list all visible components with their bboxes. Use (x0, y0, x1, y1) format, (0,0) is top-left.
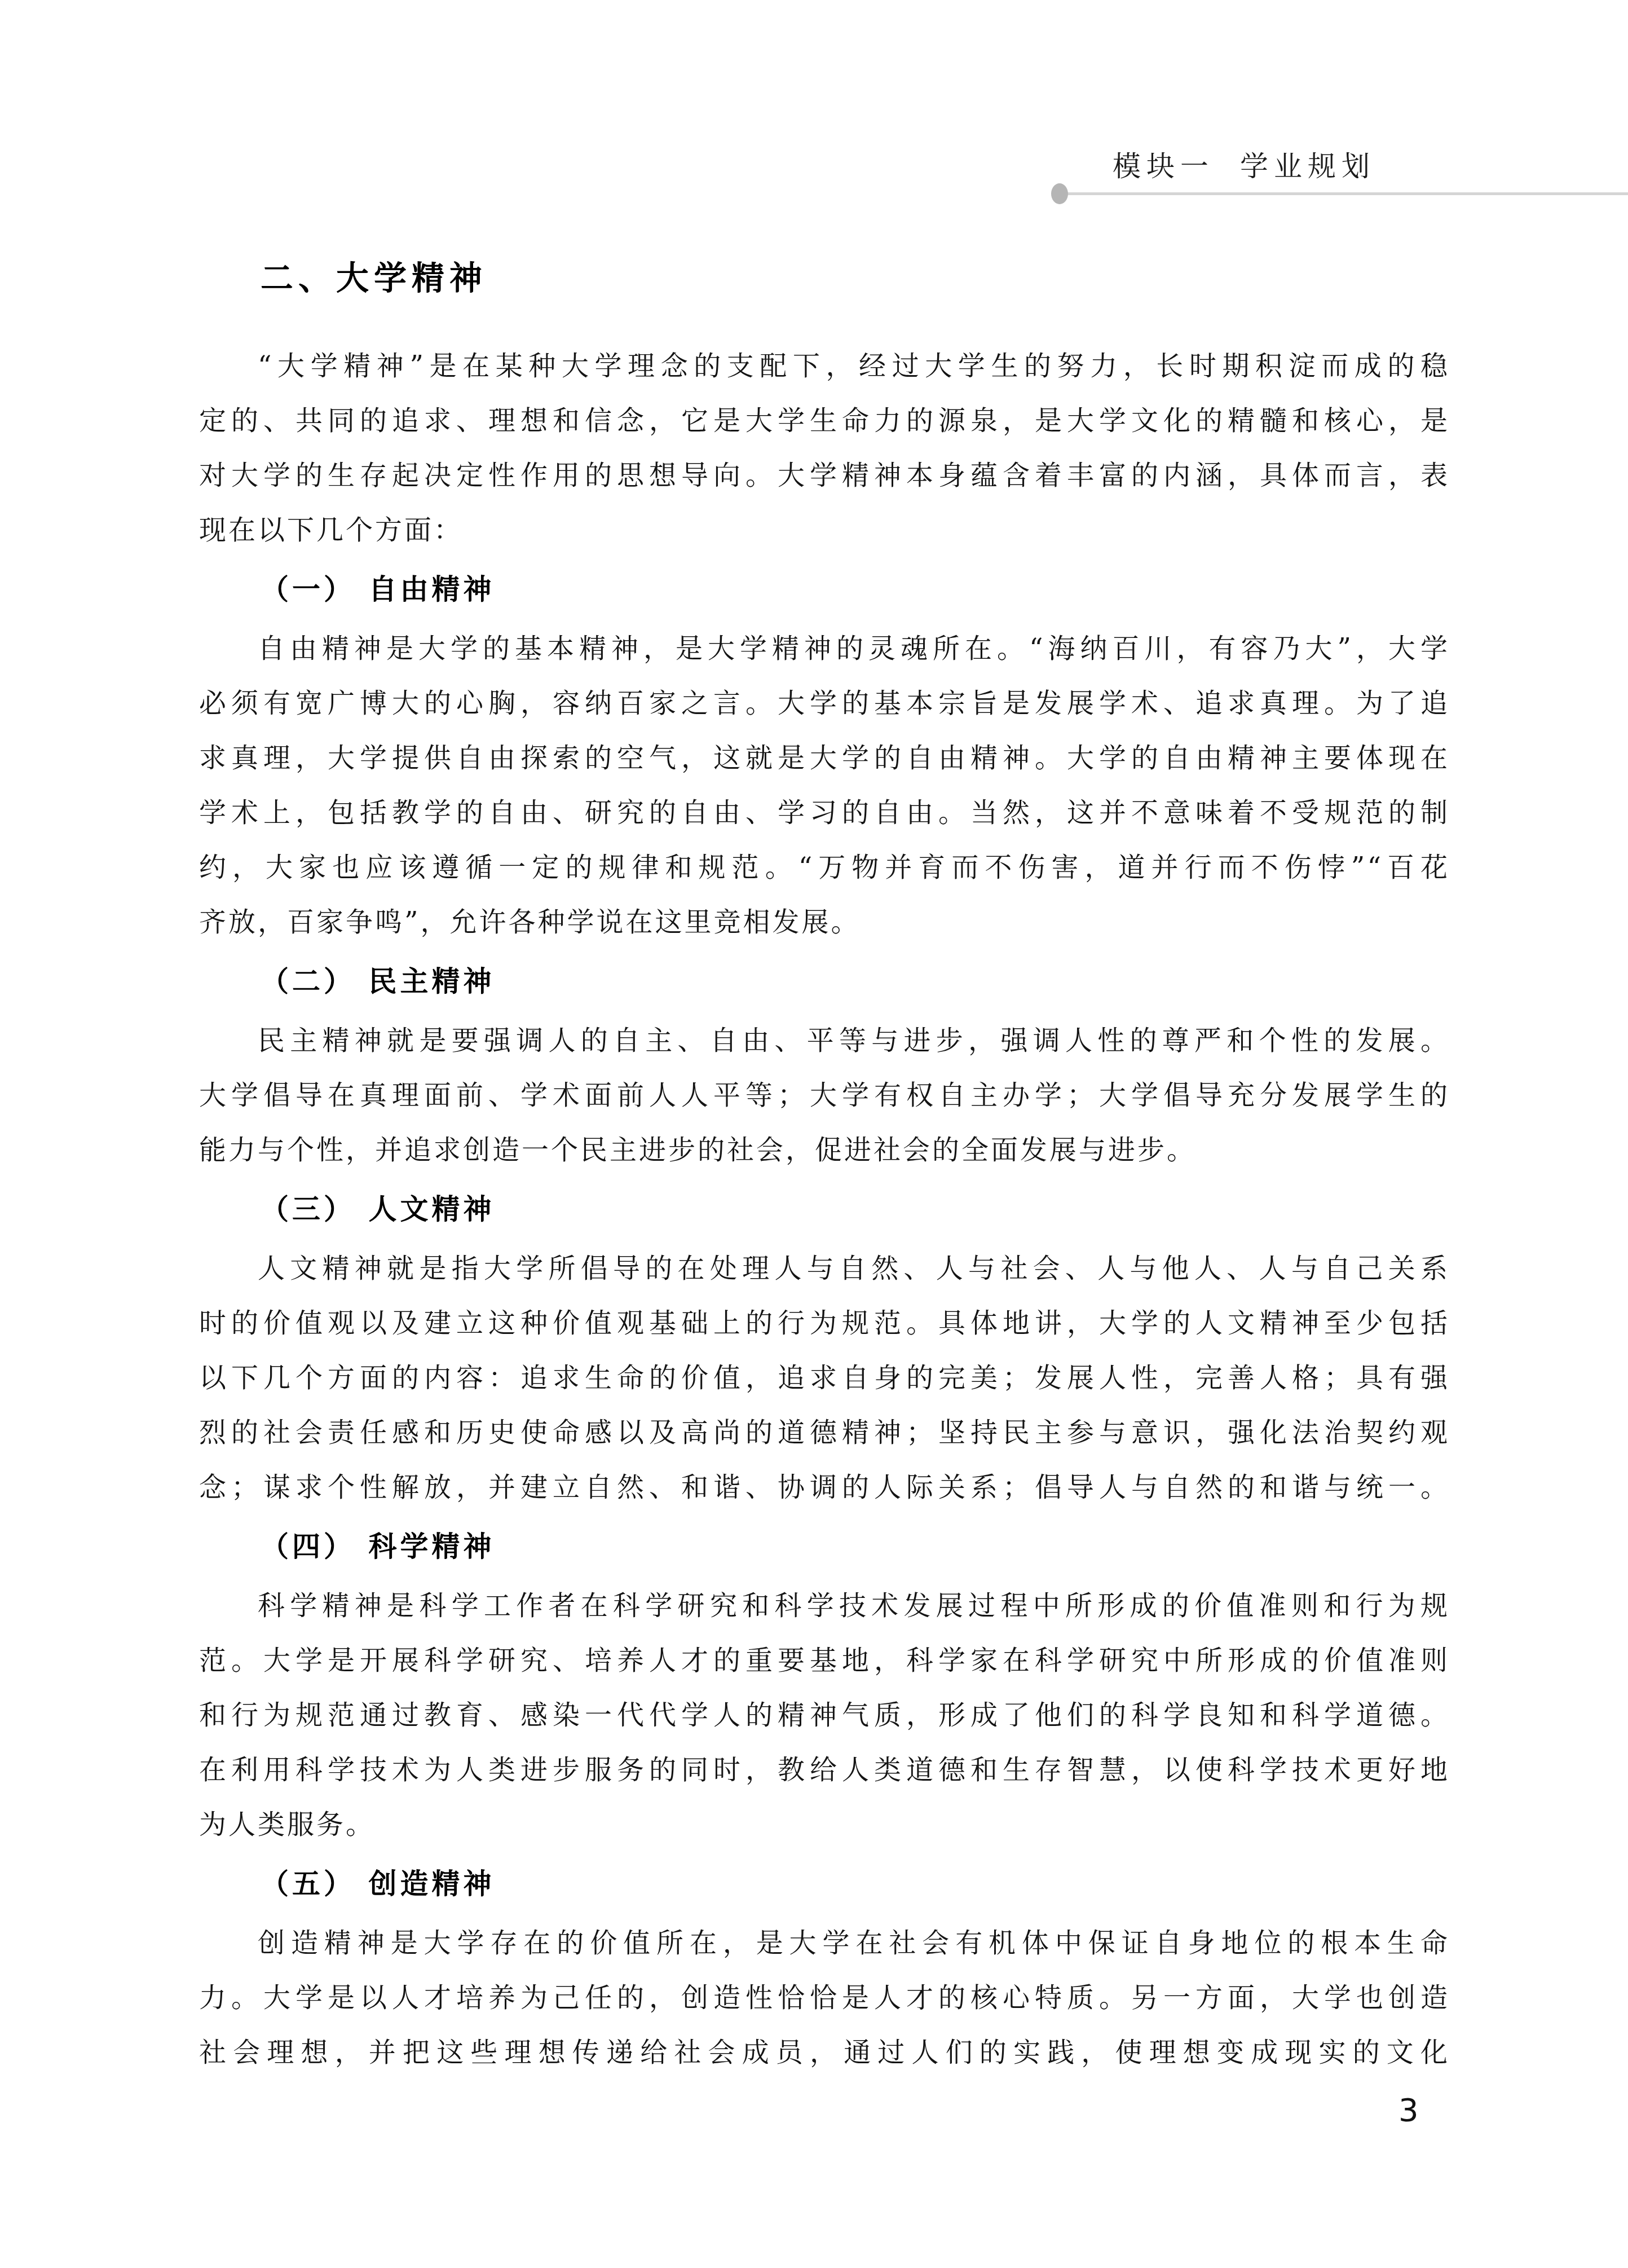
header-rule-line (1066, 192, 1628, 195)
text-line: 念；谋求个性解放，并建立自然、和谐、协调的人际关系；倡导人与自然的和谐与统一。 (199, 1460, 1450, 1515)
section-heading-4: （四） 科学精神 (199, 1520, 1450, 1574)
text-line: 范。大学是开展科学研究、培养人才的重要基地，科学家在科学研究中所形成的价值准则 (199, 1633, 1450, 1688)
text-line: 社会理想，并把这些理想传递给社会成员，通过人们的实践，使理想变成现实的文化 (199, 2025, 1450, 2080)
section-paragraph-3: 人文精神就是指大学所倡导的在处理人与自然、人与社会、人与他人、人与自己关系 时的… (199, 1241, 1450, 1515)
section-heading-2: （二） 民主精神 (199, 954, 1450, 1009)
text-column: “大学精神”是在某种大学理念的支配下，经过大学生的努力，长时期积淀而成的稳 定的… (199, 339, 1450, 2080)
running-head-module: 模块一 (1113, 150, 1214, 183)
section-paragraph-1: 自由精神是大学的基本精神，是大学精神的灵魂所在。“海纳百川，有容乃大”，大学 必… (199, 622, 1450, 950)
section-heading-1: （一） 自由精神 (199, 562, 1450, 617)
section-heading-3: （三） 人文精神 (199, 1182, 1450, 1237)
text-line: 烈的社会责任感和历史使命感以及高尚的道德精神；坚持民主参与意识，强化法治契约观 (199, 1406, 1450, 1460)
text-line: 大学倡导在真理面前、学术面前人人平等；大学有权自主办学；大学倡导充分发展学生的 (199, 1068, 1450, 1123)
text-line: 能力与个性，并追求创造一个民主进步的社会，促进社会的全面发展与进步。 (199, 1123, 1450, 1178)
header-dot-icon (1051, 183, 1068, 204)
text-line: 和行为规范通过教育、感染一代代学人的精神气质，形成了他们的科学良知和科学道德。 (199, 1688, 1450, 1743)
intro-paragraph: “大学精神”是在某种大学理念的支配下，经过大学生的努力，长时期积淀而成的稳 定的… (199, 339, 1450, 558)
running-head-title: 学业规划 (1240, 150, 1375, 183)
text-line: 为人类服务。 (199, 1798, 1450, 1852)
text-line: 齐放，百家争鸣”，允许各种学说在这里竞相发展。 (199, 895, 1450, 950)
text-line: 人文精神就是指大学所倡导的在处理人与自然、人与社会、人与他人、人与自己关系 (199, 1241, 1450, 1296)
text-line: 民主精神就是要强调人的自主、自由、平等与进步，强调人性的尊严和个性的发展。 (199, 1014, 1450, 1068)
text-line: 以下几个方面的内容：追求生命的价值，追求自身的完美；发展人性，完善人格；具有强 (199, 1351, 1450, 1406)
running-head: 模块一学业规划 (1113, 150, 1375, 183)
text-line: 在利用科学技术为人类进步服务的同时，教给人类道德和生存智慧，以使科学技术更好地 (199, 1743, 1450, 1798)
text-line: 现在以下几个方面： (199, 503, 1450, 558)
section-paragraph-2: 民主精神就是要强调人的自主、自由、平等与进步，强调人性的尊严和个性的发展。 大学… (199, 1014, 1450, 1178)
text-line: 求真理，大学提供自由探索的空气，这就是大学的自由精神。大学的自由精神主要体现在 (199, 731, 1450, 786)
section-heading-5: （五） 创造精神 (199, 1857, 1450, 1912)
page-title: 二、大学精神 (261, 258, 487, 298)
text-line: 自由精神是大学的基本精神，是大学精神的灵魂所在。“海纳百川，有容乃大”，大学 (199, 622, 1450, 676)
text-line: 时的价值观以及建立这种价值观基础上的行为规范。具体地讲，大学的人文精神至少包括 (199, 1296, 1450, 1351)
section-paragraph-4: 科学精神是科学工作者在科学研究和科学技术发展过程中所形成的价值准则和行为规 范。… (199, 1579, 1450, 1852)
page-number: 3 (1398, 2094, 1419, 2128)
section-paragraph-5: 创造精神是大学存在的价值所在，是大学在社会有机体中保证自身地位的根本生命 力。大… (199, 1916, 1450, 2080)
book-page: 模块一学业规划 二、大学精神 “大学精神”是在某种大学理念的支配下，经过大学生的… (0, 0, 1628, 2268)
text-line: 科学精神是科学工作者在科学研究和科学技术发展过程中所形成的价值准则和行为规 (199, 1579, 1450, 1633)
text-line: 创造精神是大学存在的价值所在，是大学在社会有机体中保证自身地位的根本生命 (199, 1916, 1450, 1971)
text-line: 定的、共同的追求、理想和信念，它是大学生命力的源泉，是大学文化的精髓和核心，是 (199, 394, 1450, 448)
text-line: 对大学的生存起决定性作用的思想导向。大学精神本身蕴含着丰富的内涵，具体而言，表 (199, 448, 1450, 503)
text-line: 必须有宽广博大的心胸，容纳百家之言。大学的基本宗旨是发展学术、追求真理。为了追 (199, 676, 1450, 731)
text-line: 力。大学是以人才培养为己任的，创造性恰恰是人才的核心特质。另一方面，大学也创造 (199, 1971, 1450, 2025)
text-line: “大学精神”是在某种大学理念的支配下，经过大学生的努力，长时期积淀而成的稳 (199, 339, 1450, 394)
text-line: 约，大家也应该遵循一定的规律和规范。“万物并育而不伤害，道并行而不伤悖”“百花 (199, 840, 1450, 895)
text-line: 学术上，包括教学的自由、研究的自由、学习的自由。当然，这并不意味着不受规范的制 (199, 786, 1450, 840)
